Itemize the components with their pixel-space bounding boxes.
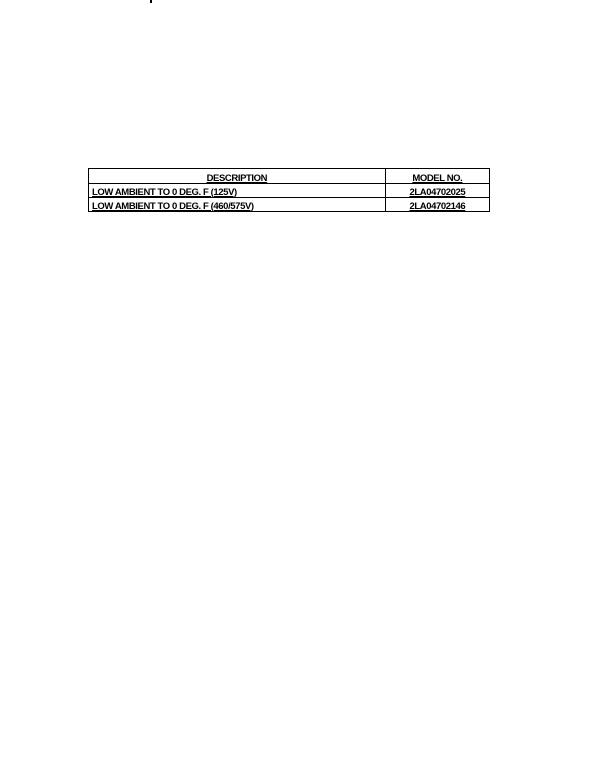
header-model-no: MODEL NO. [385, 169, 489, 184]
table-header-row: DESCRIPTION MODEL NO. [89, 169, 490, 184]
model-table: DESCRIPTION MODEL NO. LOW AMBIENT TO 0 D… [88, 168, 490, 212]
header-description: DESCRIPTION [89, 169, 386, 184]
table-row: LOW AMBIENT TO 0 DEG. F (125V) 2LA047020… [89, 184, 490, 198]
table-row: LOW AMBIENT TO 0 DEG. F (460/575V) 2LA04… [89, 198, 490, 212]
row-model-no: 2LA04702025 [385, 184, 489, 198]
scan-mark [150, 0, 152, 3]
row-description: LOW AMBIENT TO 0 DEG. F (460/575V) [89, 198, 386, 212]
row-model-no: 2LA04702146 [385, 198, 489, 212]
row-description: LOW AMBIENT TO 0 DEG. F (125V) [89, 184, 386, 198]
